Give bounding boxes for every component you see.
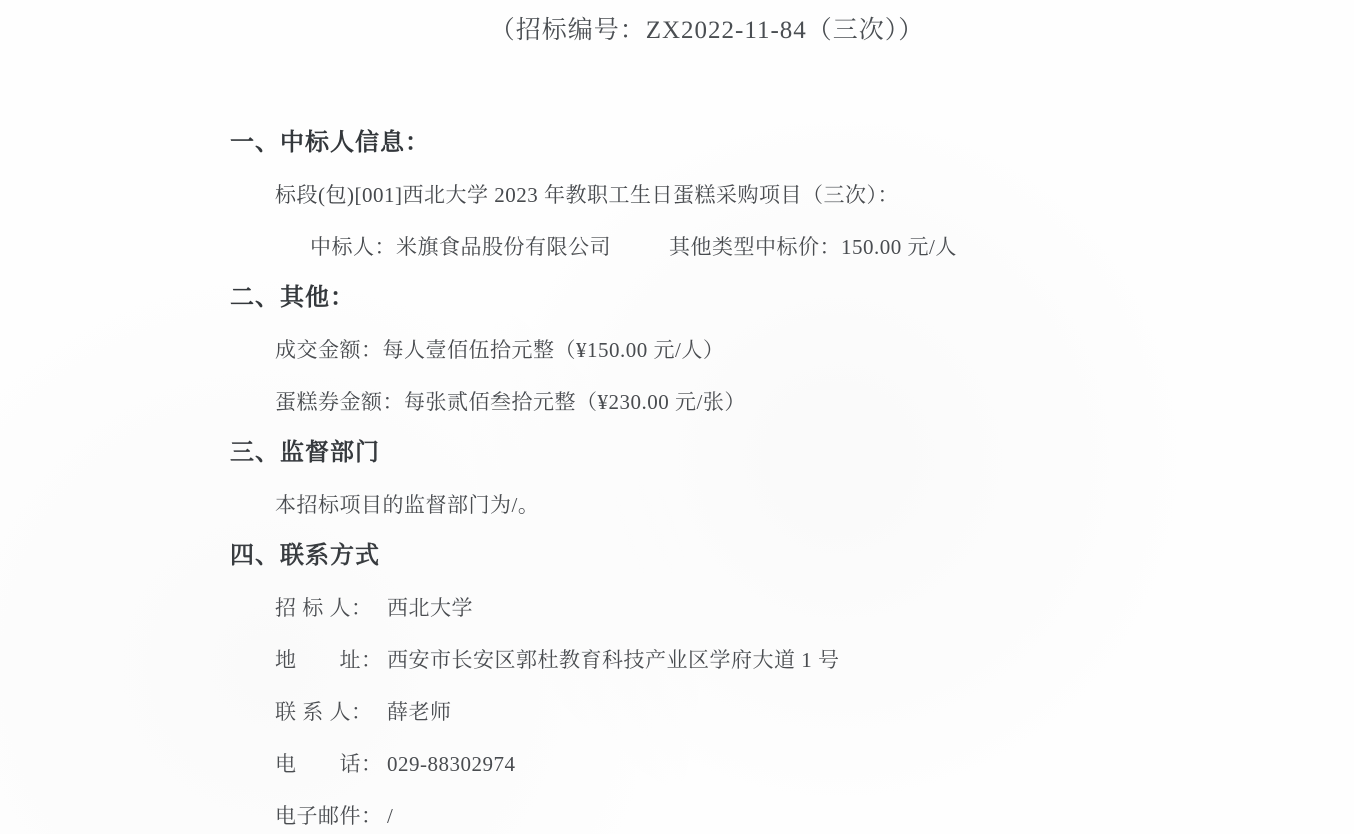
section-contact-heading: 四、联系方式: [230, 541, 1324, 571]
address-value: 西安市长安区郭杜教育科技产业区学府大道 1 号: [387, 648, 840, 672]
cake-coupon-amount-line: 蛋糕券金额：每张贰佰叁拾元整（¥230.00 元/张）: [275, 387, 1324, 417]
document-page: （招标编号：ZX2022-11-84（三次）） 一、中标人信息： 标段(包)[0…: [0, 0, 1354, 834]
section-winner-info-heading: 一、中标人信息：: [230, 128, 1324, 158]
winning-price: 其他类型中标价：150.00 元/人: [669, 235, 957, 259]
section-other-heading: 二、其他：: [230, 283, 1324, 313]
email-label: 电子邮件：: [275, 801, 387, 831]
supervision-body-line: 本招标项目的监督部门为/。: [275, 490, 1324, 520]
email-value: /: [387, 804, 393, 828]
tenderer-value: 西北大学: [387, 596, 473, 620]
address-label: 地 址：: [275, 645, 387, 675]
deal-amount-line: 成交金额：每人壹佰伍拾元整（¥150.00 元/人）: [275, 335, 1324, 365]
contact-row-phone: 电 话：029-88302974: [275, 749, 1324, 779]
phone-label: 电 话：: [275, 749, 387, 779]
document-body: 一、中标人信息： 标段(包)[001]西北大学 2023 年教职工生日蛋糕采购项…: [230, 128, 1324, 831]
contact-row-tenderer: 招 标 人：西北大学: [275, 593, 1324, 623]
contact-row-address: 地 址：西安市长安区郭杜教育科技产业区学府大道 1 号: [275, 645, 1324, 675]
section-supervision-heading: 三、监督部门: [230, 438, 1324, 468]
phone-value: 029-88302974: [387, 752, 516, 776]
contact-row-email: 电子邮件：/: [275, 801, 1324, 831]
winner-row: 中标人：米旗食品股份有限公司其他类型中标价：150.00 元/人: [310, 232, 1324, 262]
lot-project-line: 标段(包)[001]西北大学 2023 年教职工生日蛋糕采购项目（三次）：: [275, 180, 1324, 210]
tender-reference-line: （招标编号：ZX2022-11-84（三次））: [60, 10, 1354, 46]
contact-person-value: 薛老师: [387, 700, 452, 724]
contact-person-label: 联 系 人：: [275, 697, 387, 727]
winner-name: 中标人：米旗食品股份有限公司: [310, 235, 611, 259]
tenderer-label: 招 标 人：: [275, 593, 387, 623]
contact-row-person: 联 系 人：薛老师: [275, 697, 1324, 727]
